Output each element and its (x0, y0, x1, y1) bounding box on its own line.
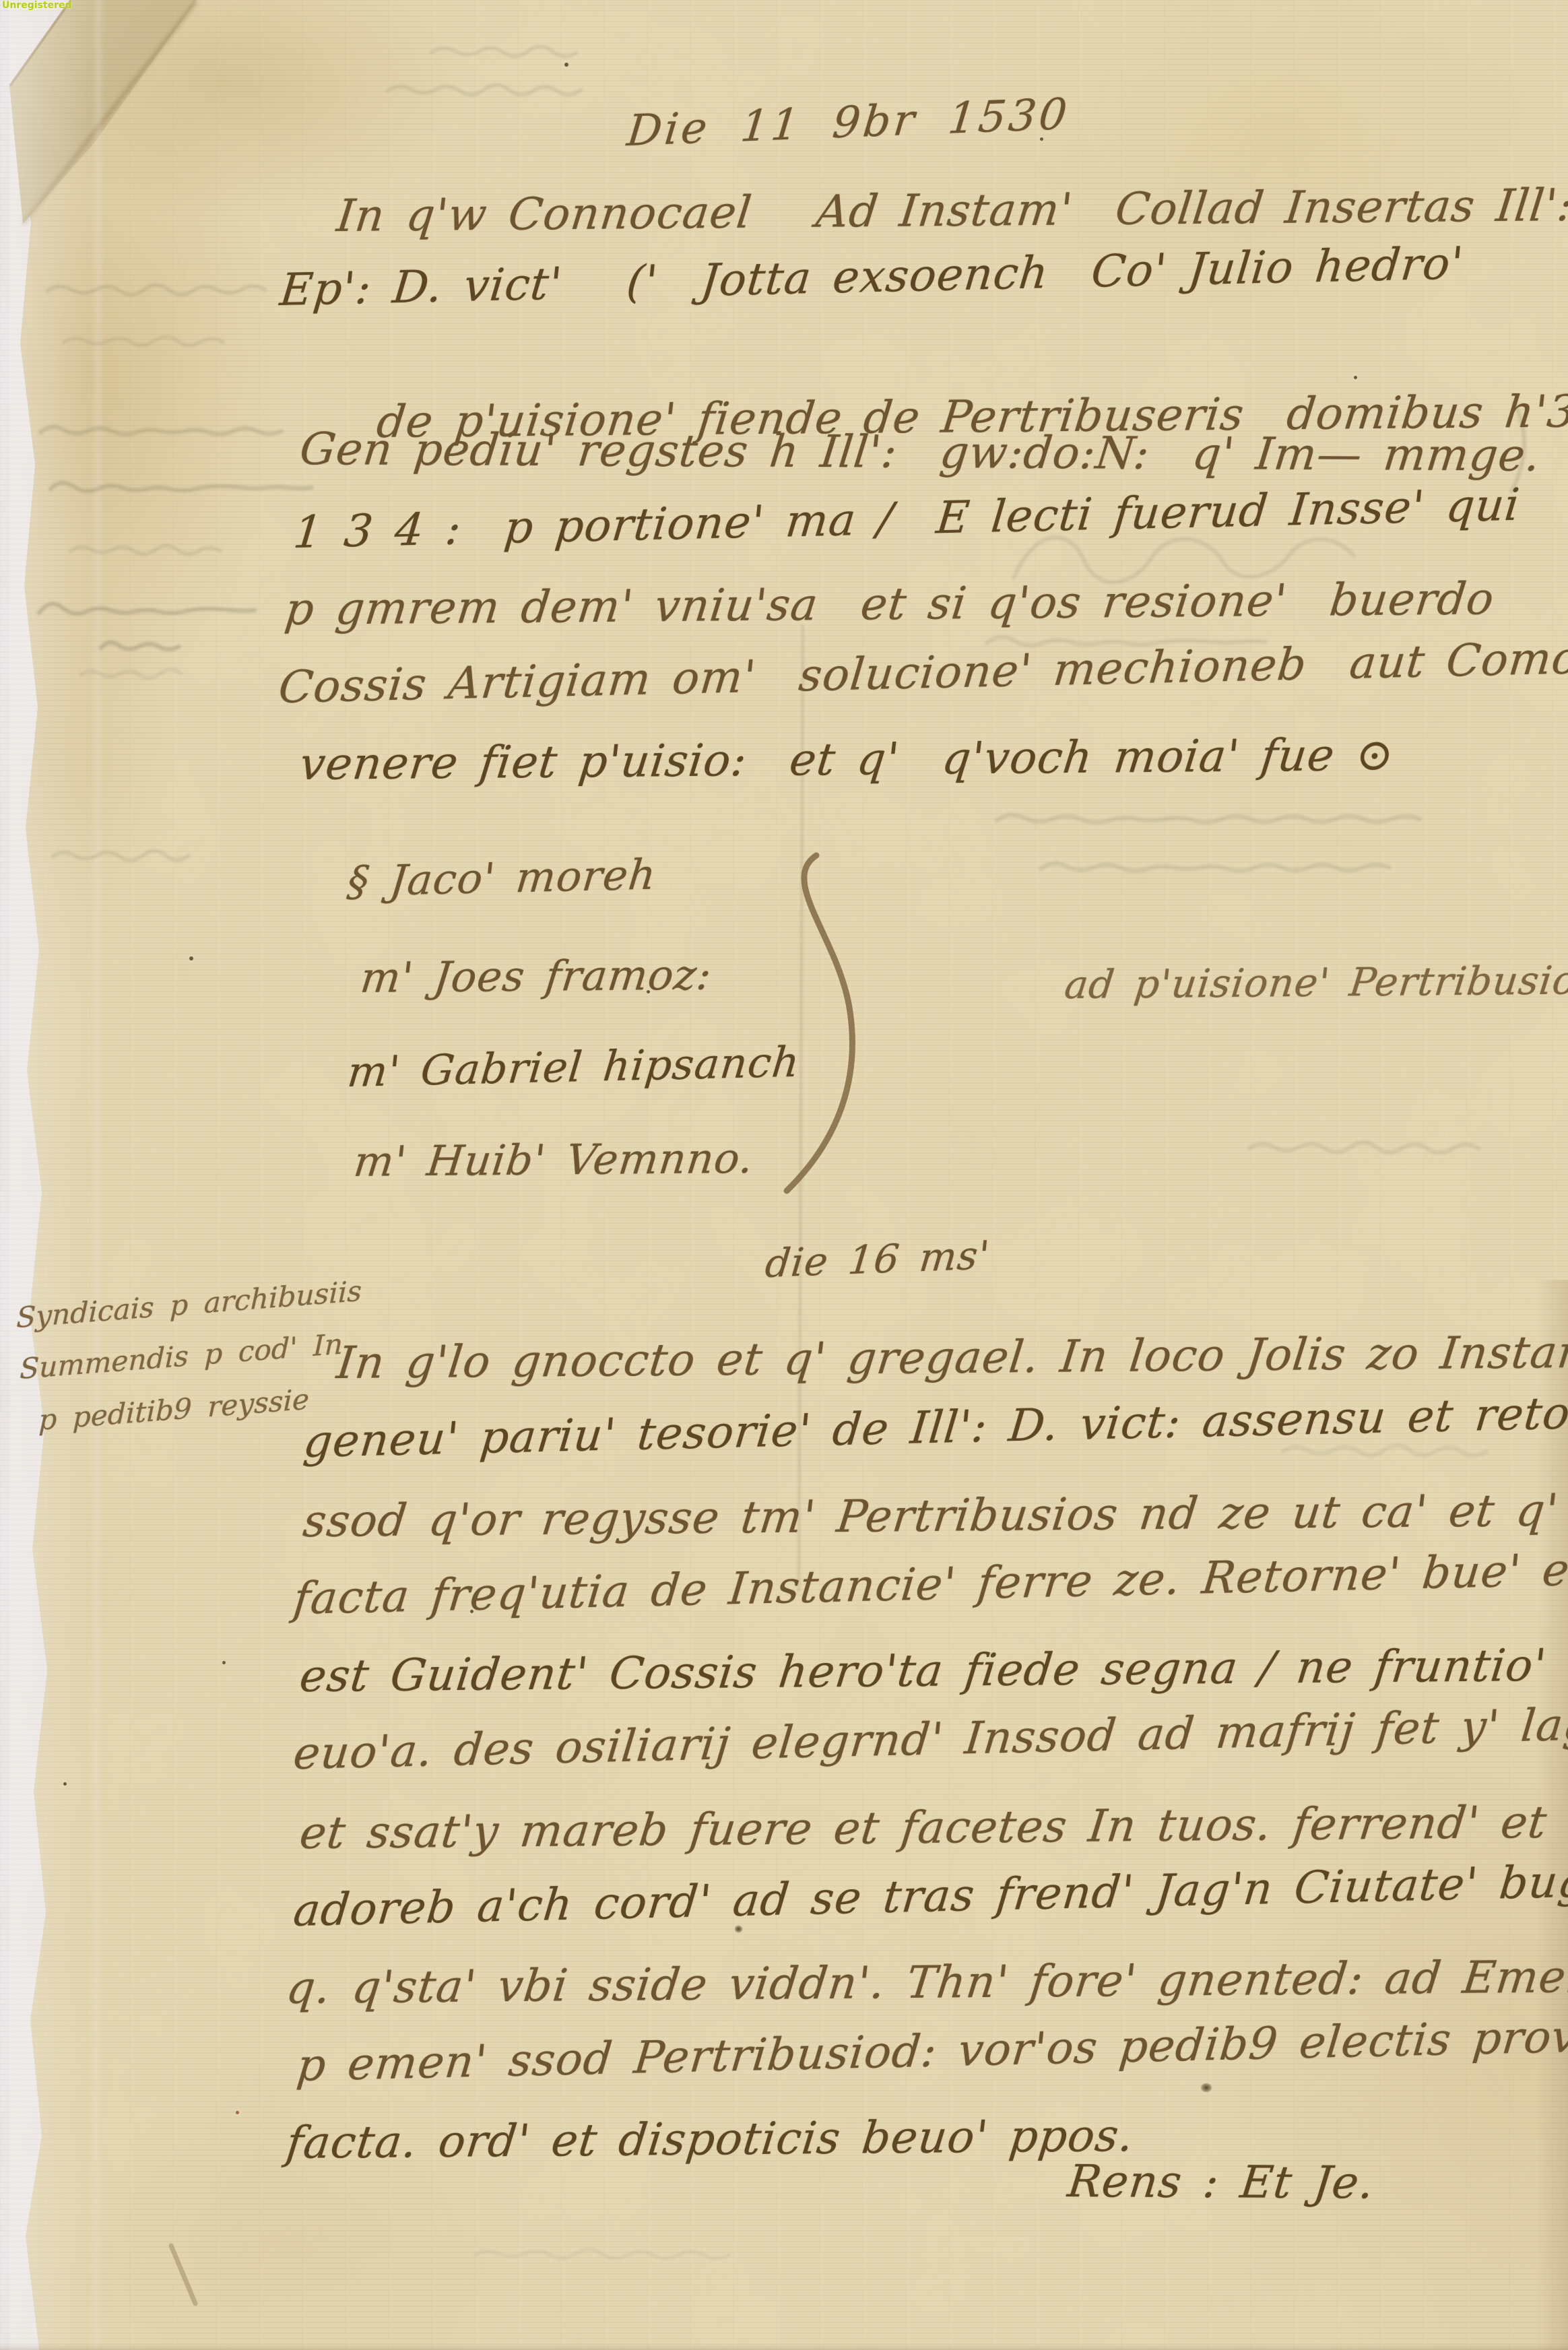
ink-speck (222, 1661, 226, 1664)
manuscript-line: venere fiet p'uisio: et q' q'voch moia' … (297, 729, 1397, 790)
ink-blot (1200, 2083, 1212, 2093)
second-date-heading: die 16 ms' (763, 1232, 992, 1286)
manuscript-line: et ssat'y mareb fuere et facetes In tuos… (297, 1796, 1550, 1859)
provision-note: ad p'uisione' Pertribusioe' (1062, 957, 1568, 1008)
ink-speck (647, 990, 650, 993)
scanned-manuscript-page: Unregistered Die 11 9br 1530 In q'w Conn… (0, 0, 1568, 2350)
attendee-name: m' Joes framoz: (358, 950, 715, 1002)
ink-speck (564, 63, 568, 67)
closing-formula: Rens : Et Je. (1066, 2155, 1377, 2209)
manuscript-line: facta. ord' et dispoticis beuo' ppos. (284, 2110, 1136, 2169)
ink-speck (306, 2149, 309, 2152)
attendee-name: § Jaco' moreh (346, 850, 659, 906)
manuscript-line: p gmrem dem' vniu'sa et si q'os resione'… (282, 573, 1497, 635)
manuscript-line: Gen pediu' regstes h Ill': gw:do:N: q' I… (298, 423, 1544, 482)
ink-speck (63, 1782, 67, 1786)
ink-blot (734, 1925, 743, 1933)
manuscript-line: ssod q'or regysse tm' Pertribusios nd ze… (300, 1484, 1561, 1547)
ink-speck (470, 1610, 473, 1613)
ink-speck (1354, 376, 1357, 379)
ink-speck (418, 694, 421, 697)
attendee-name: m' Huib' Vemnno. (352, 1134, 756, 1186)
manuscript-line: In g'lo gnoccto et q' gregael. In loco J… (334, 1326, 1568, 1389)
manuscript-line: In q'w Connocael Ad Instam' Collad Inser… (334, 179, 1568, 242)
attendee-name: m' Gabriel hipsanch (346, 1037, 802, 1097)
ink-speck (189, 956, 193, 960)
scan-watermark: Unregistered (2, 0, 72, 11)
ink-speck (1040, 137, 1043, 141)
red-speck (236, 2111, 239, 2114)
